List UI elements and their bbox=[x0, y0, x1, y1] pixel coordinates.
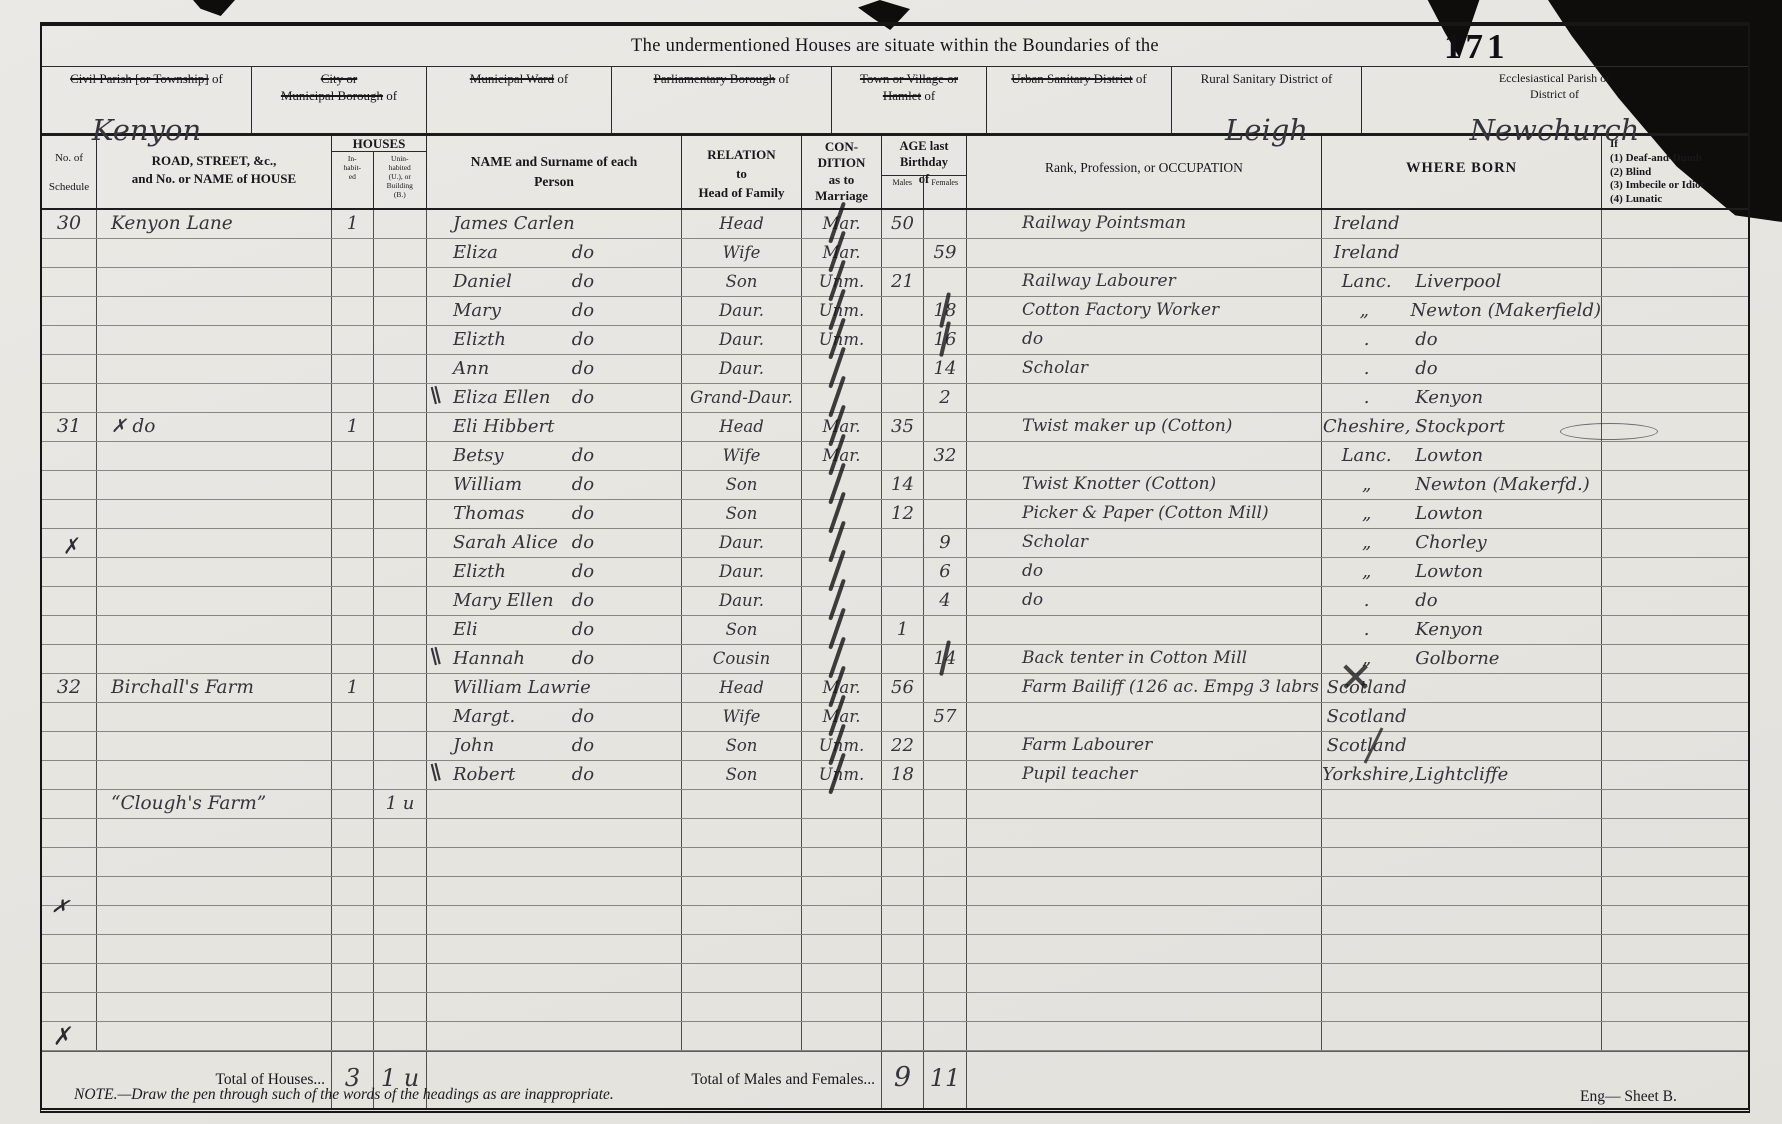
uninhabited-cell bbox=[374, 471, 427, 499]
census-page: ✗ ✗ ✗ The undermentioned Houses are situ… bbox=[0, 0, 1782, 1124]
born-county: „ bbox=[1322, 558, 1411, 586]
age-female-cell bbox=[924, 819, 967, 847]
born-county: Scotland bbox=[1322, 703, 1411, 731]
road-cell bbox=[97, 326, 332, 354]
road-cell: Kenyon Lane bbox=[97, 210, 332, 238]
relation-cell: Son bbox=[682, 616, 802, 644]
name-cell bbox=[427, 848, 682, 876]
occupation-cell bbox=[967, 993, 1322, 1021]
table-row: “Clough's Farm” 1 u bbox=[42, 790, 1748, 819]
name-cell: Danieldo bbox=[427, 268, 682, 296]
age-male-cell bbox=[882, 906, 924, 934]
born-county bbox=[1322, 906, 1411, 934]
age-male-cell bbox=[882, 645, 924, 673]
inhabited-cell bbox=[332, 587, 374, 615]
road-cell bbox=[97, 993, 332, 1021]
relation-cell: Daur. bbox=[682, 326, 802, 354]
person-name: Hannah bbox=[453, 648, 525, 669]
relation-cell: Son bbox=[682, 500, 802, 528]
inhabited-cell bbox=[332, 355, 374, 383]
road-cell bbox=[97, 645, 332, 673]
age-male-cell: 14 bbox=[882, 471, 924, 499]
schedule-number-cell bbox=[42, 790, 97, 818]
road-cell bbox=[97, 616, 332, 644]
table-row: Margt.do Wife Mar. 57 Scotland bbox=[42, 703, 1748, 732]
age-male-cell bbox=[882, 935, 924, 963]
road-cell bbox=[97, 819, 332, 847]
infirmity-cell bbox=[1602, 239, 1747, 267]
infirmity-cell bbox=[1602, 297, 1747, 325]
inhabited-cell bbox=[332, 935, 374, 963]
table-row: Betsydo Wife Mar. 32 Lanc.Lowton bbox=[42, 442, 1748, 471]
infirmity-cell bbox=[1602, 442, 1747, 470]
born-place: do bbox=[1411, 587, 1601, 615]
schedule-number-cell bbox=[42, 297, 97, 325]
road-cell bbox=[97, 471, 332, 499]
uninhabited-cell bbox=[374, 326, 427, 354]
schedule-number-cell bbox=[42, 935, 97, 963]
born-county: „ bbox=[1322, 529, 1411, 557]
age-female-cell bbox=[924, 993, 967, 1021]
relation-cell bbox=[682, 964, 802, 992]
born-county: . bbox=[1322, 384, 1411, 412]
age-male-cell: 50 bbox=[882, 210, 924, 238]
where-born-cell: .Kenyon bbox=[1322, 616, 1602, 644]
age-label: AGE last Birthday of bbox=[882, 136, 966, 176]
schedule-number-cell bbox=[42, 703, 97, 731]
ditto-mark: do bbox=[572, 703, 594, 730]
boundary-label-suffix: of bbox=[1322, 71, 1333, 86]
boundary-label: Municipal Ward bbox=[470, 71, 554, 86]
uninhabited-cell bbox=[374, 848, 427, 876]
inhabited-cell bbox=[332, 297, 374, 325]
occupation-cell bbox=[967, 616, 1322, 644]
uninhabited-cell: 1 u bbox=[374, 790, 427, 818]
name-cell bbox=[427, 1022, 682, 1050]
boundary-label: Civil Parish [or Township] bbox=[70, 71, 209, 86]
occupation-cell: Pupil teacher bbox=[967, 761, 1322, 789]
age-male-cell bbox=[882, 558, 924, 586]
where-born-cell: Lanc.Lowton bbox=[1322, 442, 1602, 470]
total-males: 9 bbox=[882, 1052, 923, 1104]
age-female-cell bbox=[924, 761, 967, 789]
infirmity-cell bbox=[1602, 326, 1747, 354]
born-place bbox=[1411, 964, 1601, 992]
person-name: Ann bbox=[453, 358, 489, 379]
schedule-number-cell bbox=[42, 761, 97, 789]
condition-cell bbox=[802, 935, 882, 963]
uninhabited-cell bbox=[374, 993, 427, 1021]
ink-blot-top-left bbox=[193, 0, 235, 16]
uninhabited-cell bbox=[374, 210, 427, 238]
occupation-cell: Scholar bbox=[967, 355, 1322, 383]
person-name: Daniel bbox=[453, 271, 512, 292]
schedule-number-cell: 30 bbox=[42, 210, 97, 238]
boundary-label-suffix: of bbox=[1136, 71, 1147, 86]
table-row: Mary Ellendo Daur. 4 do .do bbox=[42, 587, 1748, 616]
name-cell: Elizthdo bbox=[427, 558, 682, 586]
infirmity-cell bbox=[1602, 993, 1747, 1021]
born-county: Lanc. bbox=[1322, 268, 1411, 296]
born-place: Newton (Makerfield) bbox=[1406, 297, 1601, 325]
col-header-name: NAME and Surname of each Person bbox=[427, 136, 682, 208]
condition-cell: Unm. bbox=[802, 761, 882, 789]
uninhabited-cell bbox=[374, 964, 427, 992]
born-county: . bbox=[1322, 587, 1411, 615]
ditto-mark: do bbox=[572, 558, 594, 585]
age-female-cell: 18 bbox=[924, 297, 967, 325]
infirmity-cell bbox=[1602, 848, 1747, 876]
born-place: Liverpool bbox=[1411, 268, 1601, 296]
born-place: Lowton bbox=[1411, 558, 1601, 586]
uninhabited-cell bbox=[374, 819, 427, 847]
relation-cell: Cousin bbox=[682, 645, 802, 673]
born-county: . bbox=[1322, 326, 1411, 354]
schedule-number-cell bbox=[42, 645, 97, 673]
schedule-number-cell: 32 bbox=[42, 674, 97, 702]
boundary-label: Parliamentary Borough bbox=[654, 71, 776, 86]
infirmity-cell bbox=[1602, 413, 1747, 441]
where-born-cell: Yorkshire,Lightcliffe bbox=[1322, 761, 1602, 789]
boundary-label: Town or Village or Hamlet bbox=[860, 71, 958, 103]
inhabited-cell bbox=[332, 529, 374, 557]
relation-cell: Wife bbox=[682, 703, 802, 731]
age-female-cell bbox=[924, 877, 967, 905]
born-county: . bbox=[1322, 355, 1411, 383]
col-header-females: Females bbox=[924, 176, 966, 208]
age-male-cell bbox=[882, 355, 924, 383]
name-cell: Thomasdo bbox=[427, 500, 682, 528]
uninhabited-cell bbox=[374, 935, 427, 963]
where-born-cell: .do bbox=[1322, 326, 1602, 354]
infirmity-cell bbox=[1602, 558, 1747, 586]
road-cell bbox=[97, 268, 332, 296]
name-cell: Williamdo bbox=[427, 471, 682, 499]
age-female-cell: 16 bbox=[924, 326, 967, 354]
occupation-cell bbox=[967, 703, 1322, 731]
road-cell bbox=[97, 1022, 332, 1050]
road-cell bbox=[97, 906, 332, 934]
inhabited-cell bbox=[332, 993, 374, 1021]
born-county: Ireland bbox=[1322, 239, 1411, 267]
table-row: Thomasdo Son 12 Picker & Paper (Cotton M… bbox=[42, 500, 1748, 529]
born-place bbox=[1411, 703, 1601, 731]
name-cell: Elizado bbox=[427, 239, 682, 267]
ditto-mark: do bbox=[572, 239, 594, 266]
born-county: . bbox=[1322, 616, 1411, 644]
where-born-cell bbox=[1322, 819, 1602, 847]
road-cell bbox=[97, 848, 332, 876]
infirmity-cell bbox=[1602, 703, 1747, 731]
born-place: Newton (Makerfd.) bbox=[1411, 471, 1601, 499]
condition-cell bbox=[802, 848, 882, 876]
age-male-cell: 18 bbox=[882, 761, 924, 789]
name-cell bbox=[427, 819, 682, 847]
boundary-box-parliamentary-borough: Parliamentary Borough of bbox=[612, 67, 832, 133]
age-female-cell bbox=[924, 935, 967, 963]
age-female-cell: 4 bbox=[924, 587, 967, 615]
table-row: Johndo Son Unm. 22 Farm Labourer Scotlan… bbox=[42, 732, 1748, 761]
table-row: ∥Robertdo Son Unm. 18 Pupil teacher York… bbox=[42, 761, 1748, 790]
uninhabited-cell bbox=[374, 529, 427, 557]
person-name: Margt. bbox=[453, 706, 515, 727]
ditto-mark: do bbox=[572, 732, 594, 759]
road-cell bbox=[97, 935, 332, 963]
infirmity-cell bbox=[1602, 732, 1747, 760]
born-county: Cheshire, bbox=[1322, 413, 1411, 441]
inhabited-cell bbox=[332, 384, 374, 412]
col-header-relation: RELATION to Head of Family bbox=[682, 136, 802, 208]
relation-cell: Grand-Daur. bbox=[682, 384, 802, 412]
boundary-label-suffix: of bbox=[924, 88, 935, 103]
infirmity-cell bbox=[1602, 210, 1747, 238]
col-header-houses: HOUSES In- habit- ed Unin- habited (U.),… bbox=[332, 136, 427, 208]
name-cell: ∥Robertdo bbox=[427, 761, 682, 789]
schedule-number-cell bbox=[42, 239, 97, 267]
person-name: Robert bbox=[453, 764, 515, 785]
inhabited-cell: 1 bbox=[332, 210, 374, 238]
born-place: Lowton bbox=[1411, 442, 1601, 470]
occupation-cell bbox=[967, 442, 1322, 470]
road-cell bbox=[97, 384, 332, 412]
table-row: ∥Eliza Ellendo Grand-Daur. 2 .Kenyon bbox=[42, 384, 1748, 413]
occupation-cell: Back tenter in Cotton Mill bbox=[967, 645, 1322, 673]
age-female-cell bbox=[924, 471, 967, 499]
road-cell bbox=[97, 500, 332, 528]
name-cell bbox=[427, 935, 682, 963]
where-born-cell bbox=[1322, 964, 1602, 992]
table-row: ∥Hannahdo Cousin 14 Back tenter in Cotto… bbox=[42, 645, 1748, 674]
road-cell bbox=[97, 877, 332, 905]
relation-cell: Wife bbox=[682, 239, 802, 267]
born-place bbox=[1411, 674, 1601, 702]
where-born-cell: Cheshire,Stockport bbox=[1322, 413, 1602, 441]
inhabited-cell bbox=[332, 268, 374, 296]
table-row: Elizthdo Daur. 6 do „Lowton bbox=[42, 558, 1748, 587]
where-born-cell: Scotland bbox=[1322, 732, 1602, 760]
boundary-value: Kenyon bbox=[42, 113, 251, 147]
inhabited-cell bbox=[332, 616, 374, 644]
table-row bbox=[42, 819, 1748, 848]
table-row bbox=[42, 906, 1748, 935]
boundary-label: Ecclesiastical Parish or District bbox=[1499, 71, 1610, 101]
ditto-mark: do bbox=[572, 761, 594, 788]
relation-cell: Daur. bbox=[682, 529, 802, 557]
occupation-cell bbox=[967, 877, 1322, 905]
boundary-label-suffix: of bbox=[212, 71, 223, 86]
age-female-cell: 59 bbox=[924, 239, 967, 267]
uninhabited-cell bbox=[374, 384, 427, 412]
table-row: Danieldo Son Unm. 21 Railway Labourer La… bbox=[42, 268, 1748, 297]
schedule-number-cell bbox=[42, 326, 97, 354]
ditto-mark: do bbox=[572, 355, 594, 382]
uninhabited-cell bbox=[374, 1022, 427, 1050]
name-cell: Elizthdo bbox=[427, 326, 682, 354]
boundary-label: Rural Sanitary District bbox=[1201, 71, 1319, 86]
where-born-cell bbox=[1322, 1022, 1602, 1050]
where-born-cell: „Lowton bbox=[1322, 500, 1602, 528]
relation-cell: Daur. bbox=[682, 558, 802, 586]
age-male-cell bbox=[882, 964, 924, 992]
inhabited-cell: 1 bbox=[332, 674, 374, 702]
born-place: Lightcliffe bbox=[1411, 761, 1601, 789]
person-name: William bbox=[453, 474, 522, 495]
relation-cell bbox=[682, 935, 802, 963]
name-cell: Sarah Alicedo bbox=[427, 529, 682, 557]
relation-cell bbox=[682, 877, 802, 905]
title-band: The undermentioned Houses are situate wi… bbox=[42, 26, 1748, 67]
name-cell bbox=[427, 993, 682, 1021]
pen-tick-mark: ∥ bbox=[428, 643, 444, 672]
relation-cell: Head bbox=[682, 210, 802, 238]
age-female-cell bbox=[924, 268, 967, 296]
pen-mark: ✗ bbox=[51, 1023, 73, 1051]
inhabited-cell bbox=[332, 500, 374, 528]
table-row: Elizado Wife Mar. 59 Ireland bbox=[42, 239, 1748, 268]
boundary-box-rural-sanitary: Rural Sanitary District of Leigh bbox=[1172, 67, 1362, 133]
where-born-cell: „Newton (Makerfd.) bbox=[1322, 471, 1602, 499]
name-cell: Margt.do bbox=[427, 703, 682, 731]
inhabited-cell bbox=[332, 964, 374, 992]
relation-cell bbox=[682, 819, 802, 847]
schedule-number-cell bbox=[42, 500, 97, 528]
table-row bbox=[42, 993, 1748, 1022]
boundary-box-municipal-borough: City or Municipal Borough of bbox=[252, 67, 427, 133]
condition-cell bbox=[802, 790, 882, 818]
infirmity-cell bbox=[1602, 761, 1747, 789]
occupation-cell: Twist maker up (Cotton) bbox=[967, 413, 1322, 441]
ditto-mark: do bbox=[572, 471, 594, 498]
relation-cell: Head bbox=[682, 674, 802, 702]
schedule-number-cell bbox=[42, 471, 97, 499]
ditto-mark: do bbox=[572, 645, 594, 672]
page-number: 171 bbox=[1444, 27, 1509, 67]
table-row: Marydo Daur. Unm. 18 Cotton Factory Work… bbox=[42, 297, 1748, 326]
table-row: Elido Son 1 .Kenyon bbox=[42, 616, 1748, 645]
born-place bbox=[1411, 848, 1601, 876]
inhabited-cell bbox=[332, 819, 374, 847]
schedule-number-cell bbox=[42, 993, 97, 1021]
where-born-cell: „Chorley bbox=[1322, 529, 1602, 557]
relation-cell bbox=[682, 993, 802, 1021]
table-row bbox=[42, 877, 1748, 906]
inhabited-cell bbox=[332, 239, 374, 267]
footer-note: NOTE.—Draw the pen through such of the w… bbox=[74, 1086, 614, 1104]
road-cell bbox=[97, 761, 332, 789]
uninhabited-cell bbox=[374, 355, 427, 383]
boundary-label: Urban Sanitary District bbox=[1011, 71, 1132, 86]
infirmity-cell bbox=[1602, 500, 1747, 528]
infirmity-cell bbox=[1602, 964, 1747, 992]
boundary-headers: Civil Parish [or Township] of Kenyon Cit… bbox=[42, 67, 1748, 136]
where-born-cell bbox=[1322, 877, 1602, 905]
name-cell: Mary Ellendo bbox=[427, 587, 682, 615]
born-place: Kenyon bbox=[1411, 384, 1601, 412]
uninhabited-cell bbox=[374, 674, 427, 702]
age-female-cell bbox=[924, 1022, 967, 1050]
born-county: Yorkshire, bbox=[1322, 761, 1411, 789]
born-place bbox=[1411, 935, 1601, 963]
uninhabited-cell bbox=[374, 877, 427, 905]
person-name: Elizth bbox=[453, 329, 506, 350]
where-born-cell bbox=[1322, 935, 1602, 963]
boundary-box-municipal-ward: Municipal Ward of bbox=[427, 67, 612, 133]
boundary-label-suffix: of bbox=[779, 71, 790, 86]
born-place: Golborne bbox=[1411, 645, 1601, 673]
infirmity-cell bbox=[1602, 1022, 1747, 1050]
inhabited-cell bbox=[332, 645, 374, 673]
name-cell: James Carlen bbox=[427, 210, 682, 238]
age-female-cell: 2 bbox=[924, 384, 967, 412]
inhabited-cell bbox=[332, 848, 374, 876]
infirmity-cell bbox=[1602, 616, 1747, 644]
age-female-cell: 9 bbox=[924, 529, 967, 557]
where-born-cell: .Kenyon bbox=[1322, 384, 1602, 412]
name-cell bbox=[427, 790, 682, 818]
occupation-cell bbox=[967, 1022, 1322, 1050]
name-cell: Elido bbox=[427, 616, 682, 644]
schedule-number-cell: 31 bbox=[42, 413, 97, 441]
inhabited-cell bbox=[332, 1022, 374, 1050]
age-female-cell bbox=[924, 964, 967, 992]
age-female-cell bbox=[924, 500, 967, 528]
infirmity-cell bbox=[1602, 906, 1747, 934]
schedule-number-cell bbox=[42, 268, 97, 296]
uninhabited-cell bbox=[374, 500, 427, 528]
born-place: do bbox=[1411, 326, 1601, 354]
age-male-cell: 22 bbox=[882, 732, 924, 760]
occupation-cell bbox=[967, 935, 1322, 963]
schedule-number-cell bbox=[42, 587, 97, 615]
table-body: 30 Kenyon Lane 1 James Carlen Head Mar. … bbox=[42, 210, 1748, 1051]
occupation-cell bbox=[967, 848, 1322, 876]
boundary-label-suffix: of bbox=[386, 88, 397, 103]
col-header-inhabited: In- habit- ed bbox=[332, 152, 374, 208]
boundary-value: Leigh bbox=[1172, 113, 1361, 147]
occupation-cell: Railway Pointsman bbox=[967, 210, 1322, 238]
born-county bbox=[1322, 964, 1411, 992]
relation-cell: Daur. bbox=[682, 355, 802, 383]
relation-cell: Son bbox=[682, 471, 802, 499]
age-female-cell bbox=[924, 732, 967, 760]
uninhabited-cell bbox=[374, 645, 427, 673]
occupation-cell bbox=[967, 239, 1322, 267]
where-born-cell: Lanc.Liverpool bbox=[1322, 268, 1602, 296]
where-born-cell: .do bbox=[1322, 355, 1602, 383]
age-female-cell bbox=[924, 790, 967, 818]
age-female-cell bbox=[924, 848, 967, 876]
name-cell: ∥Hannahdo bbox=[427, 645, 682, 673]
relation-cell: Son bbox=[682, 761, 802, 789]
road-cell bbox=[97, 529, 332, 557]
born-place bbox=[1411, 239, 1601, 267]
uninhabited-cell bbox=[374, 906, 427, 934]
occupation-cell: do bbox=[967, 587, 1322, 615]
inhabited-cell bbox=[332, 877, 374, 905]
road-cell bbox=[97, 964, 332, 992]
person-name: Mary Ellen bbox=[453, 590, 554, 611]
road-cell bbox=[97, 297, 332, 325]
ditto-mark: do bbox=[572, 326, 594, 353]
infirmity-cell bbox=[1602, 790, 1747, 818]
born-county: Ireland bbox=[1322, 210, 1411, 238]
infirmity-cell bbox=[1602, 355, 1747, 383]
born-county bbox=[1322, 993, 1411, 1021]
age-male-cell: 12 bbox=[882, 500, 924, 528]
born-county: „ bbox=[1322, 471, 1411, 499]
where-born-cell: Ireland bbox=[1322, 239, 1602, 267]
age-male-cell bbox=[882, 529, 924, 557]
